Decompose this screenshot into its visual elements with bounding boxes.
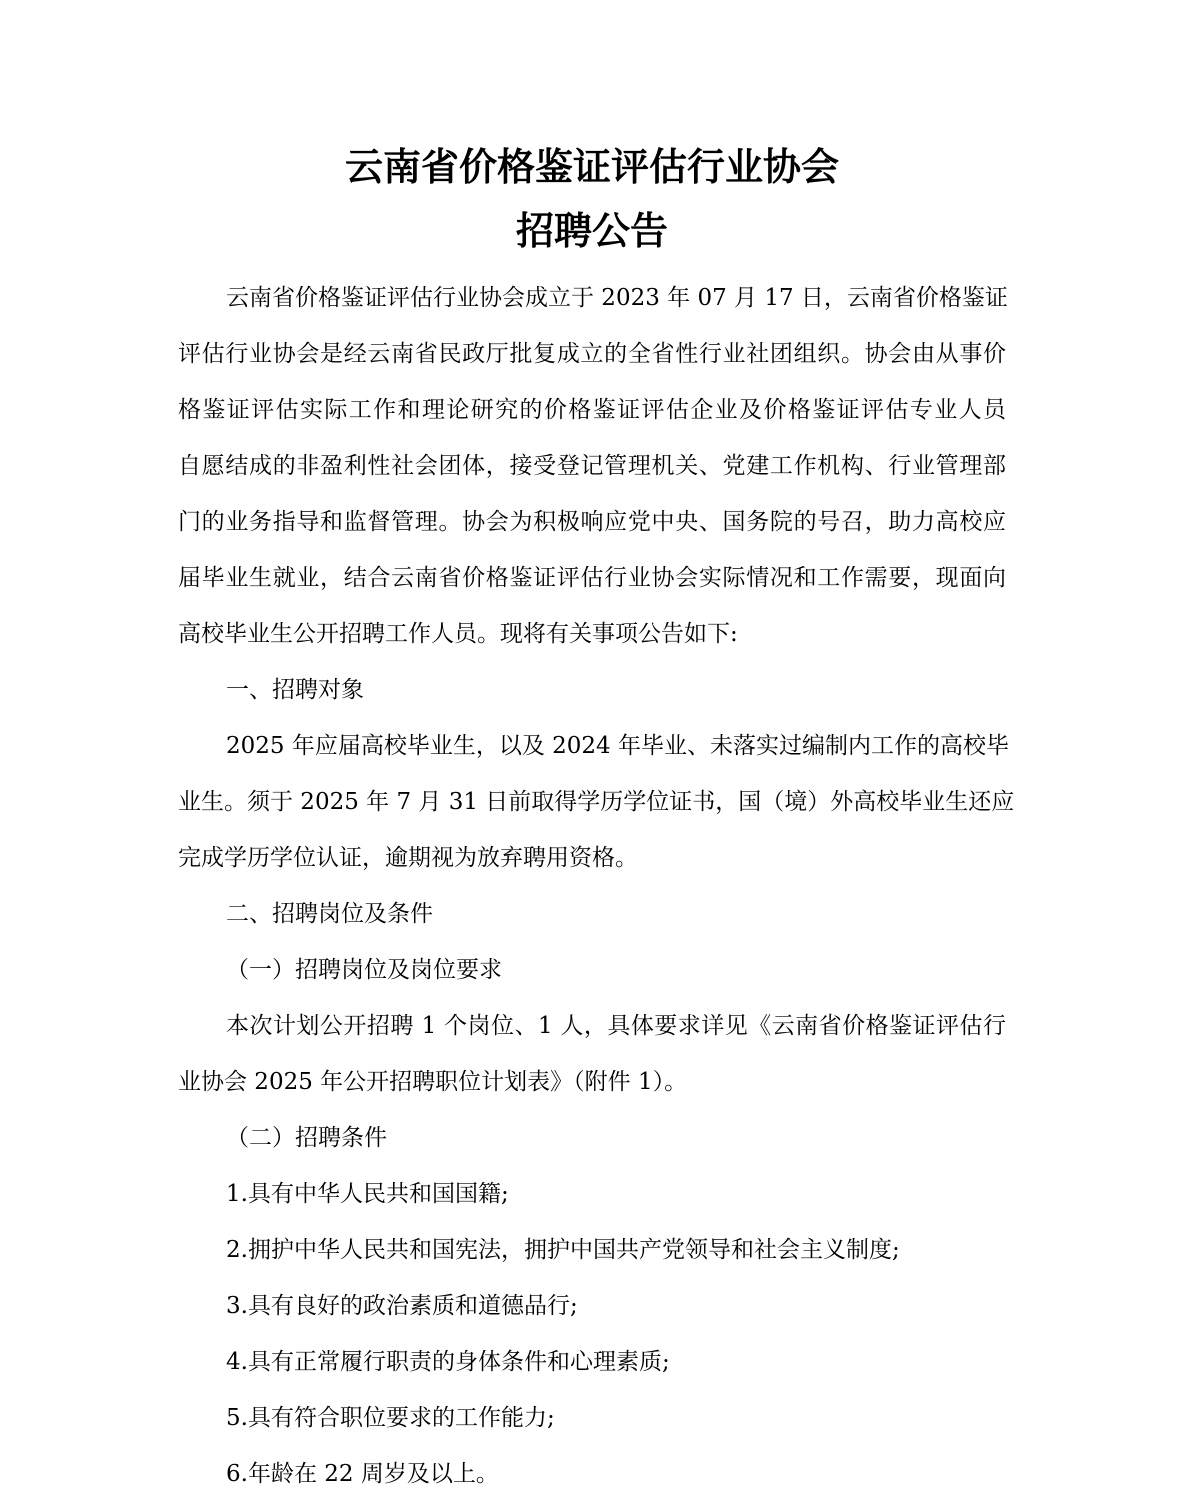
intro-line: 门的业务指导和监督管理。协会为积极响应党中央、国务院的号召，助力高校应 bbox=[178, 506, 1006, 538]
intro-line: 高校毕业生公开招聘工作人员。现将有关事项公告如下: bbox=[178, 618, 1006, 650]
intro-line: 评估行业协会是经云南省民政厅批复成立的全省性行业社团组织。协会由从事价 bbox=[178, 338, 1006, 370]
condition-item: 2.拥护中华人民共和国宪法，拥护中国共产党领导和社会主义制度; bbox=[226, 1234, 1006, 1266]
intro-line: 云南省价格鉴证评估行业协会成立于 2023 年 07 月 17 日，云南省价格鉴… bbox=[226, 282, 1006, 314]
section1-line: 2025 年应届高校毕业生，以及 2024 年毕业、未落实过编制内工作的高校毕 bbox=[226, 730, 1006, 762]
condition-item: 6.年龄在 22 周岁及以上。 bbox=[226, 1458, 1006, 1487]
intro-line: 自愿结成的非盈利性社会团体，接受登记管理机关、党建工作机构、行业管理部 bbox=[178, 450, 1006, 482]
intro-line: 格鉴证评估实际工作和理论研究的价格鉴证评估企业及价格鉴证评估专业人员 bbox=[178, 394, 1006, 426]
section1-line: 完成学历学位认证，逾期视为放弃聘用资格。 bbox=[178, 842, 1006, 874]
condition-item: 1.具有中华人民共和国国籍; bbox=[226, 1178, 1006, 1210]
subsection-heading-positions: （一）招聘岗位及岗位要求 bbox=[226, 954, 1006, 986]
document-subtitle: 招聘公告 bbox=[178, 207, 1006, 255]
section-heading-positions-conditions: 二、招聘岗位及条件 bbox=[226, 898, 1006, 930]
condition-item: 3.具有良好的政治素质和道德品行; bbox=[226, 1290, 1006, 1322]
intro-line: 届毕业生就业，结合云南省价格鉴证评估行业协会实际情况和工作需要，现面向 bbox=[178, 562, 1006, 594]
section1-line: 业生。须于 2025 年 7 月 31 日前取得学历学位证书，国（境）外高校毕业… bbox=[178, 786, 1006, 818]
condition-item: 4.具有正常履行职责的身体条件和心理素质; bbox=[226, 1346, 1006, 1378]
section-heading-recruitment-targets: 一、招聘对象 bbox=[226, 674, 1006, 706]
document-title: 云南省价格鉴证评估行业协会 bbox=[178, 143, 1006, 191]
subsection-heading-conditions: （二）招聘条件 bbox=[226, 1122, 1006, 1154]
subsection1-line: 本次计划公开招聘 1 个岗位、1 人，具体要求详见《云南省价格鉴证评估行 bbox=[226, 1010, 1006, 1042]
condition-item: 5.具有符合职位要求的工作能力; bbox=[226, 1402, 1006, 1434]
subsection1-line: 业协会 2025 年公开招聘职位计划表》（附件 1）。 bbox=[178, 1066, 1006, 1098]
